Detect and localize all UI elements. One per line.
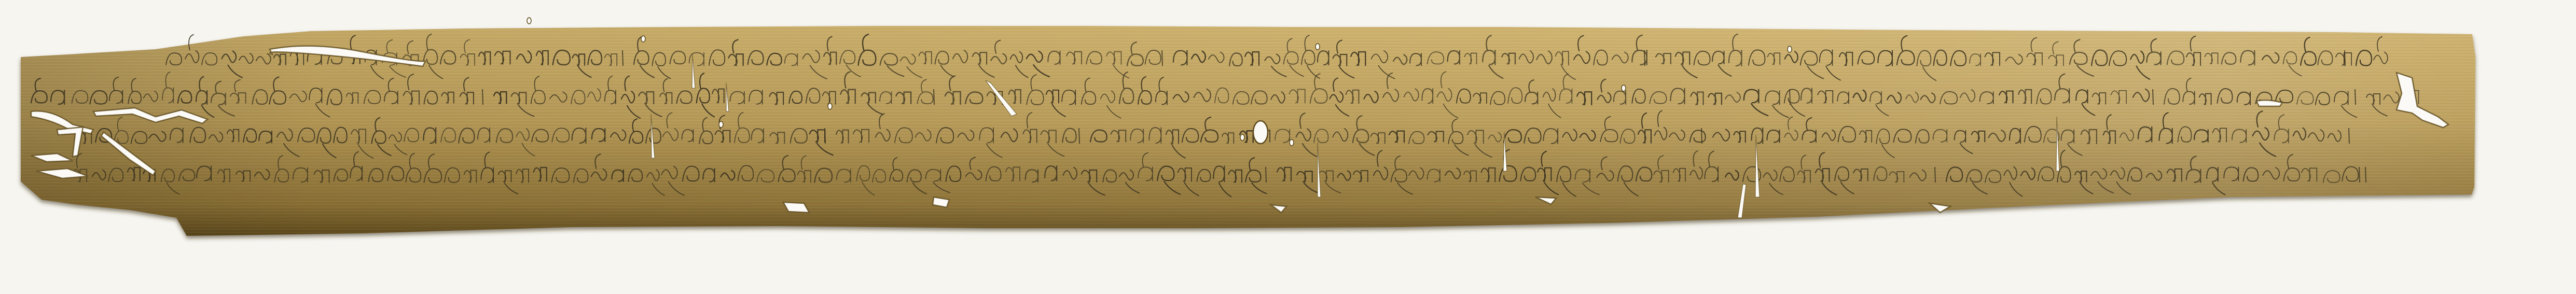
manuscript-photo: Text is handwritten and worn; not reliab… [0,0,2576,294]
danda-punctuation [2345,50,2345,66]
wormhole [828,103,832,109]
danda-punctuation [2349,128,2349,144]
danda-punctuation [2153,89,2153,105]
wormhole [1290,139,1294,146]
danda-punctuation [1162,50,1162,66]
danda-punctuation [1079,128,1079,144]
damage-chip [933,197,949,207]
danda-punctuation [1701,128,1702,144]
wormhole [719,121,723,128]
binding-string-hole [1253,121,1268,144]
danda-punctuation [622,50,623,66]
wormhole [1788,46,1792,52]
danda-punctuation [2355,89,2356,105]
danda-punctuation [1266,167,1266,183]
wormhole [1622,85,1626,91]
danda-punctuation [1644,50,1645,66]
danda-punctuation [1935,167,1935,183]
danda-punctuation [2365,167,2366,183]
wormhole [641,36,645,42]
wormhole [1315,44,1320,50]
wormhole [527,18,531,24]
danda-punctuation [1790,89,1790,105]
wormhole [1240,134,1244,141]
danda-punctuation [482,89,483,105]
danda-punctuation [825,128,825,144]
palm-leaf [0,0,2576,294]
danda-punctuation [934,89,934,105]
danda-punctuation [2359,167,2360,183]
